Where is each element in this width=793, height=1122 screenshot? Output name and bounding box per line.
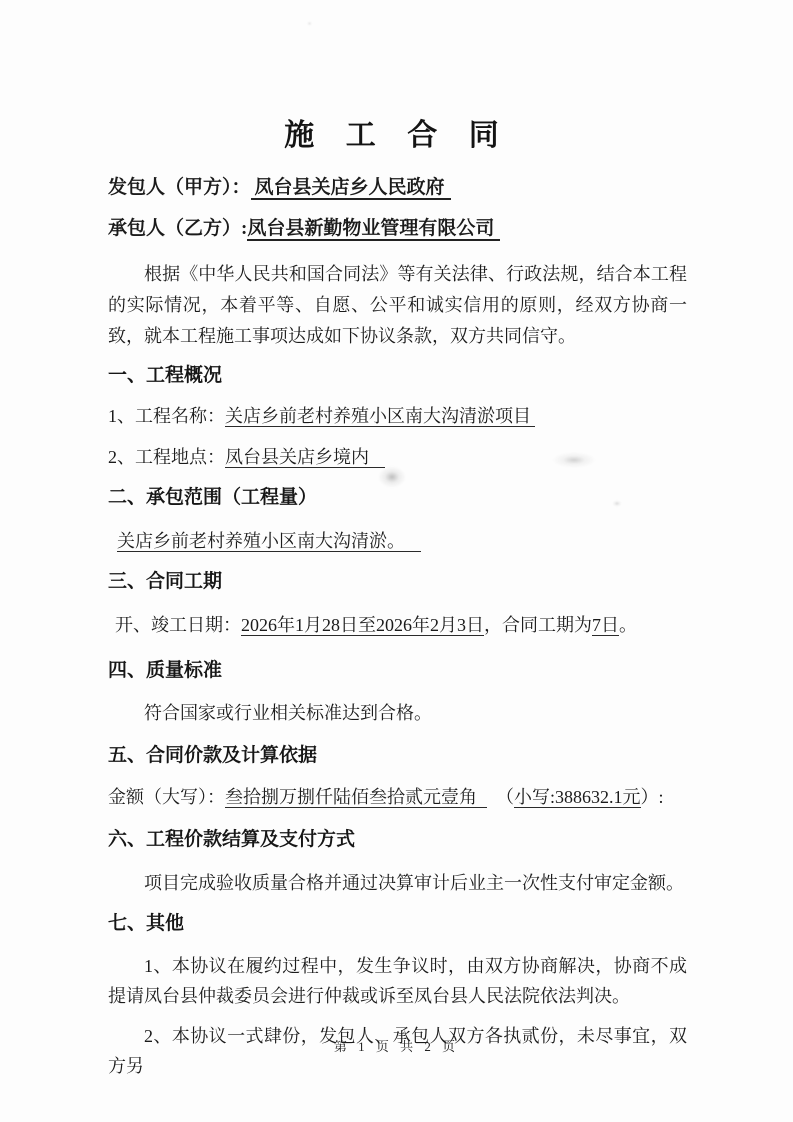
preamble-paragraph: 根据《中华人民共和国合同法》等有关法律、行政法规，结合本工程的实际情况，本着平等… xyxy=(108,259,687,352)
period-prefix: 开、竣工日期： xyxy=(115,615,241,635)
contractor-label: 承包人（乙方）: xyxy=(108,218,247,239)
price-prefix: 金额（大写）： xyxy=(108,787,225,807)
price-amount-figures: 小写:388632.1元 xyxy=(514,787,641,808)
section-heading-quality: 四、质量标准 xyxy=(108,658,687,684)
quality-content-line: 符合国家或行业相关标准达到合格。 xyxy=(108,700,687,727)
period-content-line: 开、竣工日期：2026年1月28日至2026年2月3日，合同工期为7日。 xyxy=(108,612,687,639)
section-heading-other: 七、其他 xyxy=(108,911,687,937)
price-suffix: : xyxy=(659,787,664,807)
project-name-label: 1、工程名称： xyxy=(108,406,225,426)
employer-value: 凤台县关店乡人民政府 xyxy=(251,177,451,200)
project-location-line: 2、工程地点：凤台县关店乡境内 xyxy=(108,444,687,471)
party-line-contractor: 承包人（乙方）:凤台县新勤物业管理有限公司 xyxy=(108,215,687,242)
period-suffix: 。 xyxy=(619,615,637,635)
price-amount-words: 叁拾捌万捌仟陆佰叁拾贰元壹角 xyxy=(225,787,487,808)
scope-content-line: 关店乡前老村养殖小区南大沟清淤。 xyxy=(108,528,687,555)
price-content-line: 金额（大写）：叁拾捌万捌仟陆佰叁拾贰元壹角（小写:388632.1元）: xyxy=(108,784,687,811)
project-location-label: 2、工程地点： xyxy=(108,447,225,467)
section-heading-scope: 二、承包范围（工程量） xyxy=(108,485,687,511)
page-number-footer: 第 1 页 共 2 页 xyxy=(0,1036,793,1055)
period-middle: ，合同工期为 xyxy=(484,615,592,635)
document-title: 施 工 合 同 xyxy=(108,116,687,156)
payment-content-line: 项目完成验收质量合格并通过决算审计后业主一次性支付审定金额。 xyxy=(108,870,687,897)
party-line-employer: 发包人（甲方）：凤台县关店乡人民政府 xyxy=(108,174,687,201)
section-heading-payment: 六、工程价款结算及支付方式 xyxy=(108,827,687,853)
scope-content-value: 关店乡前老村养殖小区南大沟清淤。 xyxy=(117,531,421,552)
project-name-value: 关店乡前老村养殖小区南大沟清淤项目 xyxy=(225,406,535,427)
other-clause-1: 1、本协议在履约过程中，发生争议时，由双方协商解决，协商不成提请凤台县仲裁委员会… xyxy=(108,951,687,1011)
price-paren-open: （ xyxy=(496,787,514,807)
project-name-line: 1、工程名称：关店乡前老村养殖小区南大沟清淤项目 xyxy=(108,403,687,430)
section-heading-period: 三、合同工期 xyxy=(108,569,687,595)
period-dates-value: 2026年1月28日至2026年2月3日 xyxy=(241,615,484,636)
period-duration-value: 7日 xyxy=(592,615,619,636)
section-heading-price: 五、合同价款及计算依据 xyxy=(108,743,687,769)
price-paren-close: ） xyxy=(641,787,659,807)
section-heading-overview: 一、工程概况 xyxy=(108,363,687,389)
employer-label: 发包人（甲方）： xyxy=(108,177,251,198)
contract-page: 施 工 合 同 发包人（甲方）：凤台县关店乡人民政府 承包人（乙方）:凤台县新勤… xyxy=(0,0,793,1122)
project-location-value: 凤台县关店乡境内 xyxy=(225,447,385,468)
contractor-value: 凤台县新勤物业管理有限公司 xyxy=(247,218,500,241)
document-body: 施 工 合 同 发包人（甲方）：凤台县关店乡人民政府 承包人（乙方）:凤台县新勤… xyxy=(0,0,793,1081)
